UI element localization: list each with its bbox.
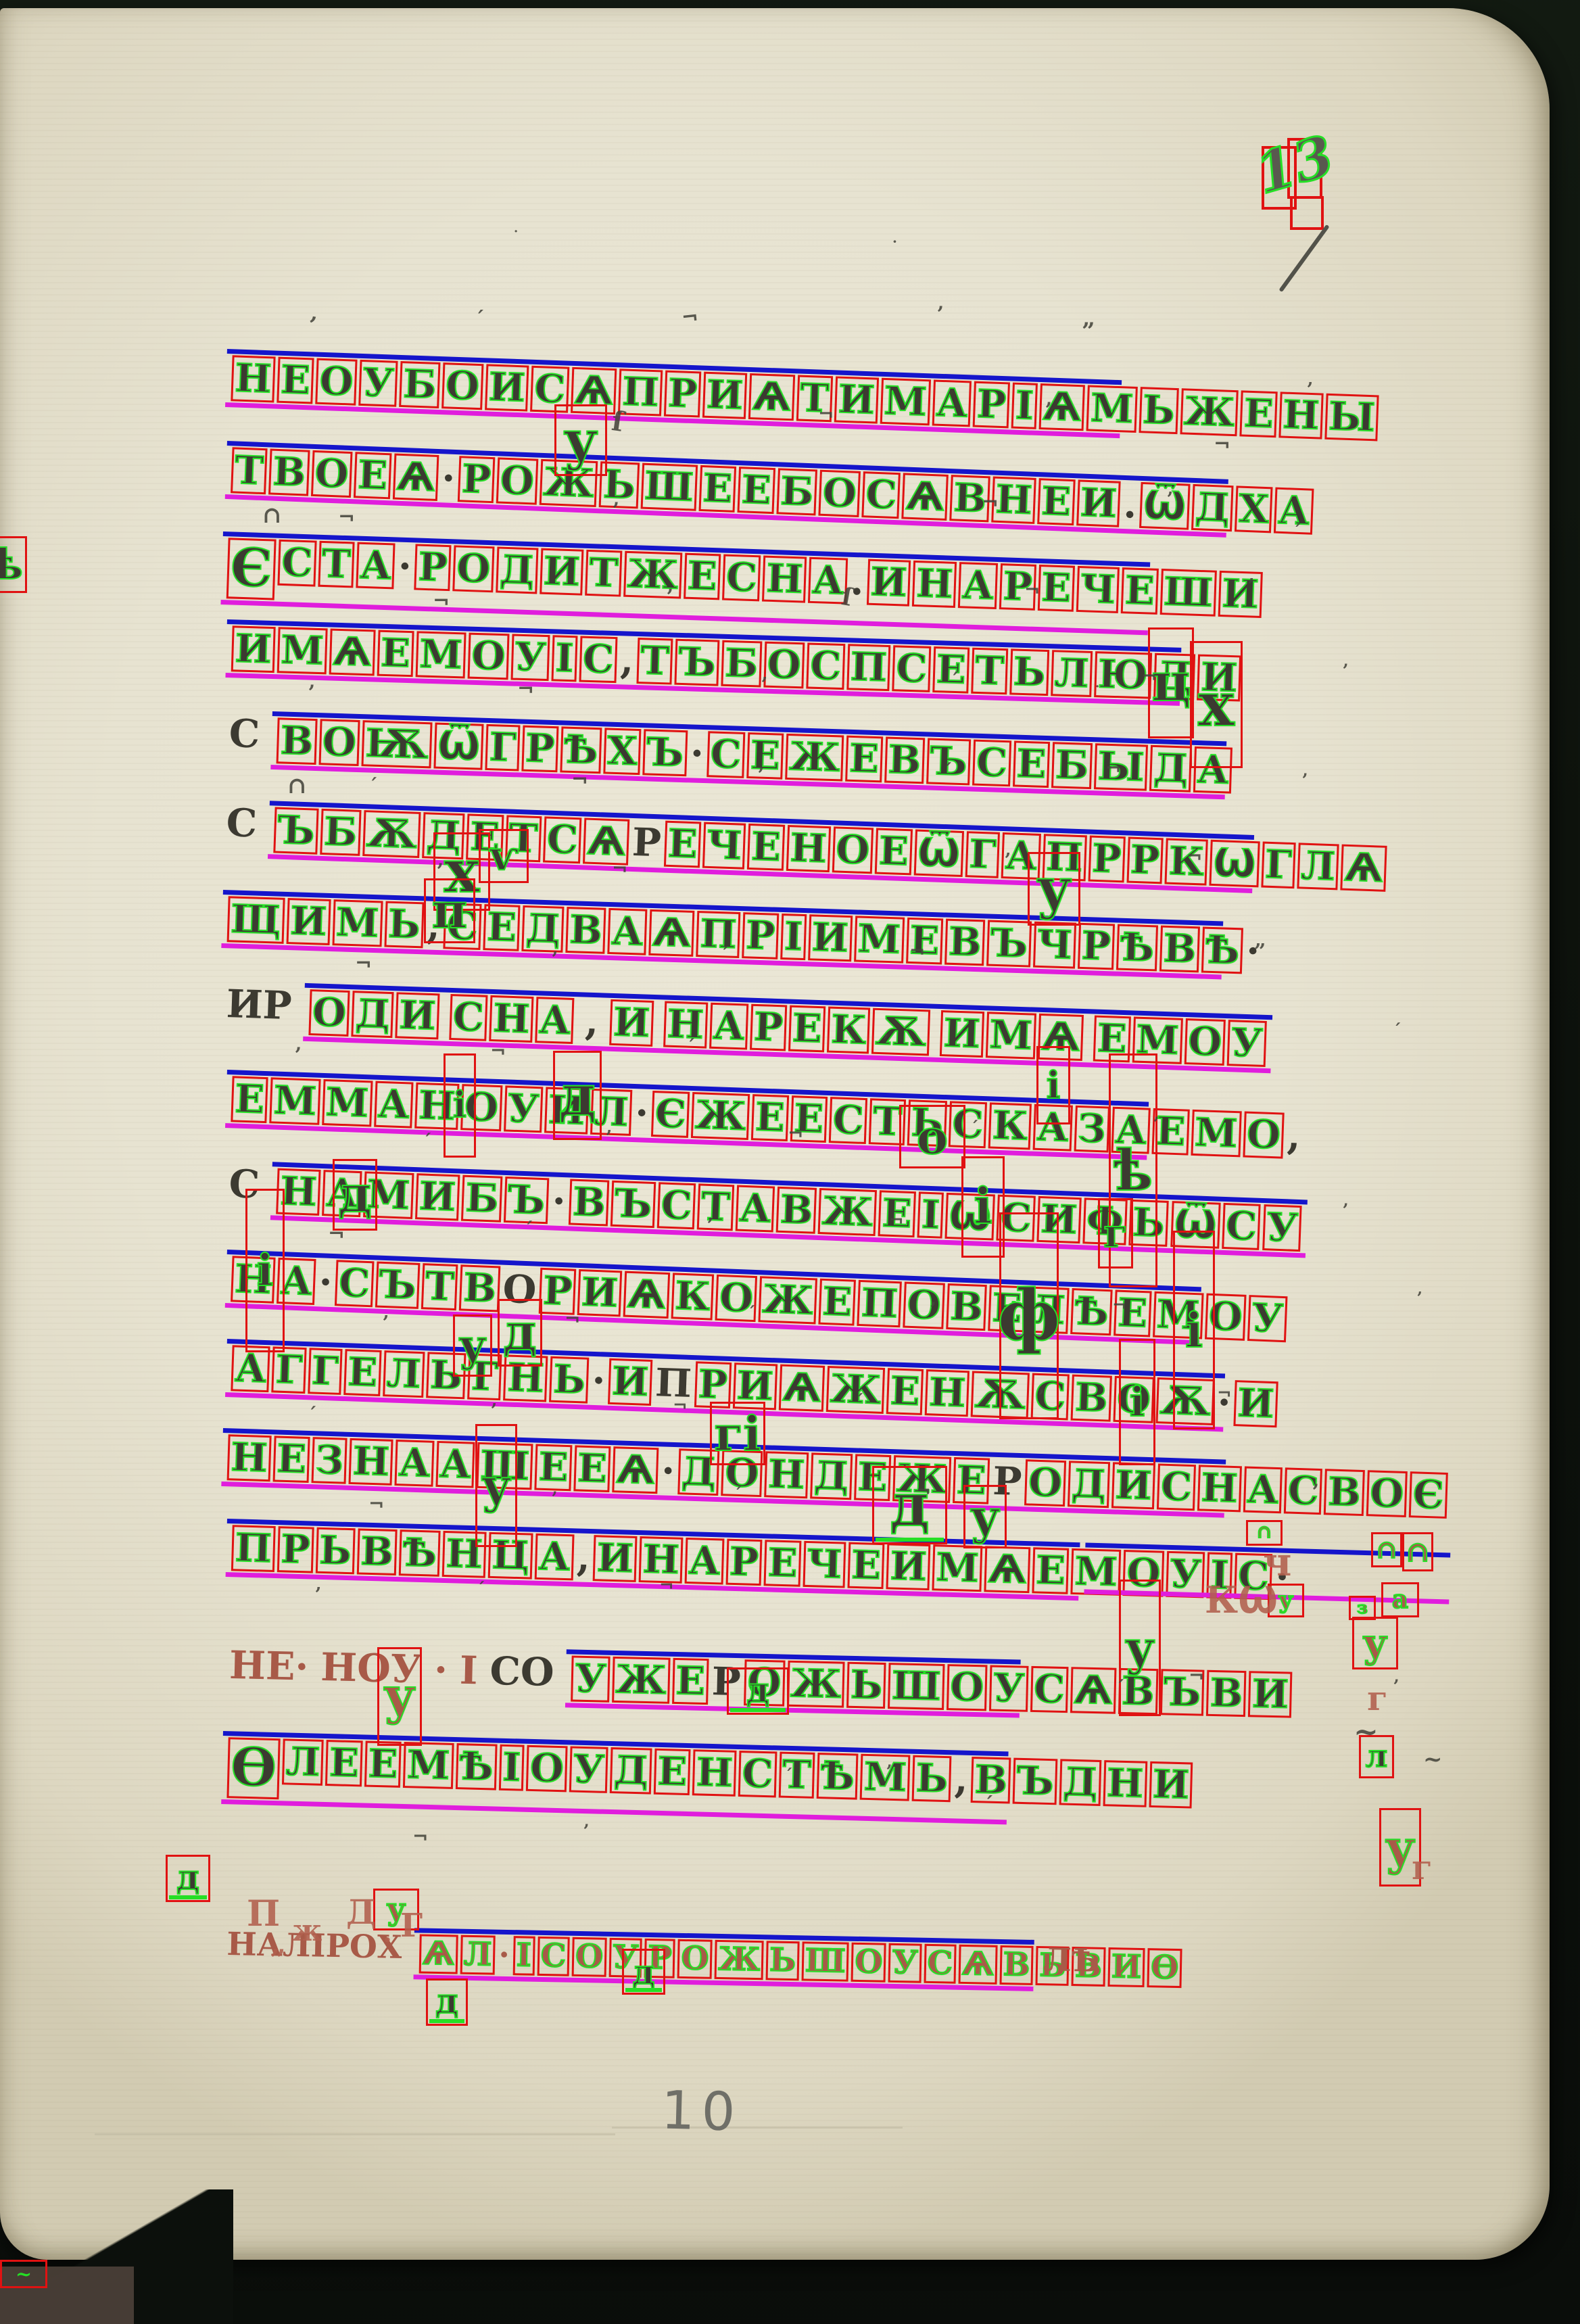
char-box[interactable]: Е <box>746 732 784 780</box>
char-box[interactable]: М <box>332 899 383 947</box>
char-box[interactable]: А <box>958 562 998 609</box>
char-box[interactable]: В <box>999 1945 1034 1985</box>
char-box[interactable]: О <box>677 1939 713 1979</box>
char-box[interactable]: И <box>485 364 529 412</box>
char-box[interactable]: Ъ <box>642 729 688 776</box>
char-box[interactable]: Е <box>483 904 521 951</box>
char-box[interactable]: М <box>322 1079 373 1127</box>
char-box[interactable]: Ѧ <box>648 909 695 957</box>
char-box[interactable]: У <box>571 1655 611 1703</box>
char-box[interactable]: Е <box>672 1658 709 1705</box>
char-box[interactable]: С <box>1030 1666 1069 1713</box>
char-box[interactable]: С <box>449 994 488 1041</box>
char-box[interactable]: Ѧ <box>748 373 795 421</box>
char-box[interactable]: Е <box>354 452 391 499</box>
char-box[interactable]: Ж <box>818 1188 877 1236</box>
char-box[interactable]: І <box>552 635 578 682</box>
char-box[interactable]: Ѧ <box>984 1546 1030 1593</box>
char-box[interactable]: Е <box>738 467 775 514</box>
float-char-box[interactable]: д <box>333 1159 377 1231</box>
char-box[interactable]: В <box>268 448 310 496</box>
char-box[interactable]: Ѧ <box>419 1934 458 1974</box>
char-box[interactable]: У <box>510 634 550 682</box>
char-box[interactable]: Е <box>818 1279 856 1326</box>
char-box[interactable]: Ѫ <box>362 810 421 858</box>
char-box[interactable]: Е <box>277 357 314 404</box>
char-box[interactable]: О <box>311 450 353 498</box>
char-box[interactable]: Д <box>810 1452 853 1500</box>
float-char-box[interactable]: і <box>1173 1231 1215 1429</box>
char-box[interactable]: А <box>356 542 396 590</box>
line-polygon[interactable]: УЖЕРОЖЬШОУСѦВЪВИ <box>565 1649 1021 1718</box>
char-box[interactable]: В <box>946 1283 987 1331</box>
char-box[interactable]: И <box>577 1269 622 1317</box>
char-box[interactable]: В <box>776 1187 817 1234</box>
char-box[interactable]: У <box>989 1665 1028 1713</box>
char-box[interactable]: Г <box>485 724 520 772</box>
char-box[interactable]: Ѧ <box>623 1271 670 1319</box>
char-box[interactable]: М <box>416 631 466 679</box>
char-box[interactable]: Е <box>684 553 721 600</box>
char-box[interactable]: О <box>496 457 538 505</box>
char-box[interactable]: О <box>763 642 805 689</box>
float-char-box[interactable]: і <box>961 1156 1005 1258</box>
char-box[interactable]: Ы <box>1324 394 1379 442</box>
char-box[interactable]: И <box>940 1010 984 1058</box>
char-box[interactable]: Ѫ <box>871 1008 930 1056</box>
char-box[interactable]: Ж <box>787 1661 845 1708</box>
char-box[interactable]: Д <box>1068 1461 1110 1508</box>
char-box[interactable]: Х <box>1235 485 1273 533</box>
float-char-box[interactable]: і <box>444 1053 476 1158</box>
float-char-box[interactable]: х <box>1190 641 1243 768</box>
float-char-box[interactable]: гі <box>710 1402 765 1465</box>
char-box[interactable]: Ѣ <box>817 1753 859 1800</box>
char-box[interactable]: Ѳ <box>226 1737 280 1799</box>
char-box[interactable]: П <box>231 1525 276 1572</box>
char-box[interactable]: О <box>1024 1459 1066 1507</box>
char-box[interactable]: Е <box>751 1094 789 1141</box>
char-box[interactable]: Ѧ <box>393 454 439 502</box>
char-box[interactable]: Н <box>925 1369 969 1417</box>
char-box[interactable]: И <box>1111 1462 1155 1509</box>
char-box[interactable]: Ш <box>888 1663 944 1710</box>
char-box[interactable]: Д <box>1149 745 1192 792</box>
char-box[interactable]: Р <box>664 371 701 418</box>
char-box[interactable]: Е <box>788 1005 826 1053</box>
char-box[interactable]: М <box>880 378 931 426</box>
char-box[interactable]: О <box>851 1943 886 1983</box>
char-box[interactable]: Ѧ <box>902 473 949 521</box>
char-box[interactable]: И <box>1248 1671 1292 1718</box>
float-char-box[interactable]: у <box>475 1424 517 1547</box>
char-box[interactable]: А <box>395 1440 435 1487</box>
char-box[interactable]: Ѧ <box>329 629 376 676</box>
char-box[interactable]: О <box>1366 1470 1408 1517</box>
char-box[interactable]: Е <box>747 824 785 871</box>
char-box[interactable]: С <box>335 1260 374 1307</box>
char-box[interactable]: Ж <box>785 734 844 782</box>
char-box[interactable]: У <box>1227 1020 1267 1067</box>
char-box[interactable]: М <box>277 627 328 675</box>
char-box[interactable]: Є <box>1409 1471 1447 1519</box>
char-box[interactable]: С <box>707 731 745 778</box>
char-box[interactable]: Р <box>1078 923 1115 970</box>
char-box[interactable]: И <box>231 625 276 673</box>
float-char-box[interactable]: у <box>1119 1580 1161 1716</box>
char-box[interactable]: С <box>861 471 901 519</box>
float-char-box[interactable]: д <box>553 1051 602 1140</box>
char-box[interactable]: О <box>452 545 494 592</box>
char-box[interactable]: Ь <box>1139 387 1178 434</box>
char-box[interactable]: Т <box>971 648 1007 695</box>
char-box[interactable]: Ч <box>803 1541 846 1588</box>
char-box[interactable]: І <box>917 1191 944 1239</box>
char-box[interactable]: С <box>829 1097 868 1144</box>
char-box[interactable]: С <box>892 645 931 692</box>
char-box[interactable]: Ж <box>612 1657 670 1704</box>
char-box[interactable]: Ш <box>801 1941 849 1981</box>
char-box[interactable]: А <box>735 1185 775 1233</box>
float-char-box[interactable]: д <box>166 1855 210 1902</box>
char-box[interactable]: Ѿ <box>913 830 964 878</box>
char-box[interactable]: С <box>579 636 617 684</box>
char-box[interactable]: Щ <box>227 896 285 944</box>
char-box[interactable]: Ѧ <box>613 1446 659 1494</box>
char-box[interactable]: Г <box>1261 841 1296 888</box>
char-box[interactable]: Н <box>1103 1760 1147 1807</box>
char-box[interactable]: М <box>854 916 905 964</box>
char-box[interactable]: С <box>738 1751 777 1798</box>
float-char-box[interactable]: ѣ <box>0 536 27 593</box>
char-box[interactable]: И <box>808 914 853 962</box>
char-box[interactable]: Е <box>377 630 414 678</box>
char-box[interactable]: Ч <box>1033 922 1076 969</box>
char-box[interactable]: И <box>1076 479 1121 527</box>
char-box[interactable]: Р <box>521 726 558 773</box>
char-box[interactable]: Т <box>585 550 623 597</box>
char-box[interactable]: Ъ <box>986 920 1032 968</box>
char-box[interactable]: Г <box>308 1348 343 1395</box>
char-box[interactable]: Ѧ <box>778 1365 825 1413</box>
char-box[interactable]: Ъ <box>274 807 319 855</box>
char-box[interactable]: Е <box>325 1740 362 1787</box>
char-box[interactable]: В <box>565 907 606 954</box>
char-box[interactable]: А <box>535 997 575 1044</box>
char-box[interactable]: Е <box>272 1436 310 1483</box>
char-box[interactable]: Е <box>1032 1547 1069 1594</box>
char-box[interactable]: А <box>608 908 648 955</box>
float-char-box[interactable]: і <box>1119 1339 1155 1465</box>
char-box[interactable]: Т <box>421 1263 458 1310</box>
char-box[interactable]: У <box>569 1746 608 1793</box>
char-box[interactable]: Ѡ <box>1210 840 1260 888</box>
char-box[interactable]: У <box>888 1943 921 1983</box>
char-box[interactable]: П <box>857 1280 902 1328</box>
char-box[interactable]: Р <box>742 912 779 959</box>
char-box[interactable]: Е <box>845 736 883 783</box>
char-box[interactable]: С <box>722 554 761 602</box>
char-box[interactable]: М <box>932 1544 983 1592</box>
char-box[interactable]: К <box>671 1273 714 1321</box>
char-box[interactable]: О <box>441 362 483 410</box>
char-box[interactable]: И <box>1107 1947 1145 1987</box>
char-box[interactable]: Ъ <box>1013 1758 1057 1805</box>
char-box[interactable]: Д <box>522 905 565 953</box>
float-char-box[interactable]: і <box>245 1189 285 1352</box>
char-box[interactable]: О <box>1243 1112 1285 1159</box>
char-box[interactable]: Б <box>776 468 817 516</box>
char-box[interactable]: В <box>277 717 317 765</box>
char-box[interactable]: О <box>572 1937 607 1977</box>
float-char-box[interactable]: д <box>727 1667 789 1715</box>
char-box[interactable]: Н <box>1278 392 1323 440</box>
char-box[interactable]: И <box>609 999 654 1047</box>
char-box[interactable]: С <box>972 740 1011 787</box>
char-box[interactable]: Ь <box>384 901 424 949</box>
char-box[interactable]: Б <box>399 361 440 408</box>
char-box[interactable]: А <box>1243 1466 1283 1513</box>
float-char-box[interactable]: д <box>426 1978 468 2026</box>
char-box[interactable]: М <box>985 1012 1036 1060</box>
char-box[interactable]: І <box>512 1936 535 1975</box>
char-box[interactable]: И <box>415 1173 460 1221</box>
char-box[interactable]: Е <box>654 1749 691 1796</box>
char-box[interactable]: С <box>537 1937 570 1976</box>
char-box[interactable]: В <box>944 919 985 966</box>
char-box[interactable]: І <box>780 914 807 961</box>
char-box[interactable]: Н <box>764 1451 809 1498</box>
char-box[interactable]: Ъ <box>675 639 720 686</box>
char-box[interactable]: М <box>403 1742 454 1789</box>
char-box[interactable]: Д <box>1191 484 1234 532</box>
char-box[interactable]: Н <box>663 1001 708 1048</box>
char-box[interactable]: Ж <box>759 1276 817 1325</box>
char-box[interactable]: Н <box>786 825 831 873</box>
char-box[interactable]: С <box>924 1944 957 1984</box>
char-box[interactable]: Е <box>886 1368 924 1415</box>
float-char-box[interactable]: п <box>424 878 475 943</box>
char-box[interactable]: Н <box>692 1749 737 1797</box>
char-box[interactable]: Ч <box>1076 566 1120 613</box>
char-box[interactable]: Є <box>651 1091 690 1138</box>
char-box[interactable]: Ж <box>623 551 682 599</box>
char-box[interactable]: Ѣ <box>1116 924 1158 972</box>
char-box[interactable]: Н <box>912 561 957 608</box>
char-box[interactable]: Р <box>414 544 452 591</box>
char-box[interactable]: О <box>526 1745 567 1793</box>
char-box[interactable]: Д <box>496 546 538 594</box>
char-box[interactable]: В <box>357 1528 398 1575</box>
char-box[interactable]: А <box>709 1003 749 1050</box>
char-box[interactable]: П <box>696 911 741 958</box>
char-box[interactable]: О <box>832 826 873 874</box>
char-box[interactable]: Е <box>764 1540 801 1587</box>
char-box[interactable]: З <box>312 1437 348 1484</box>
char-box[interactable]: Н <box>762 556 807 603</box>
char-box[interactable]: Т <box>697 1183 734 1231</box>
char-box[interactable]: Е <box>847 1542 884 1590</box>
char-box[interactable]: Б <box>320 809 361 856</box>
char-box[interactable]: С <box>1157 1463 1195 1511</box>
char-box[interactable]: Ѧ <box>959 1945 998 1985</box>
char-box[interactable]: В <box>1071 1375 1112 1422</box>
char-box[interactable]: В <box>884 736 925 784</box>
char-box[interactable]: Е <box>1037 478 1075 525</box>
char-box[interactable]: Н <box>1197 1465 1242 1512</box>
char-box[interactable]: Ъ <box>611 1181 656 1229</box>
char-box[interactable]: Т <box>231 447 268 494</box>
char-box[interactable]: Б <box>461 1175 502 1223</box>
char-box[interactable]: Ѿ <box>1139 482 1190 530</box>
char-box[interactable]: В <box>1206 1670 1247 1717</box>
char-box[interactable]: Ѣ <box>399 1529 441 1577</box>
char-box[interactable]: Б <box>721 640 762 688</box>
char-box[interactable]: Є <box>226 538 277 600</box>
float-char-box[interactable]: ∩ <box>1402 1532 1433 1571</box>
char-box[interactable]: Е <box>343 1349 381 1396</box>
char-box[interactable]: Г <box>272 1346 307 1394</box>
float-char-box[interactable]: у <box>1028 852 1080 926</box>
char-box[interactable]: Н <box>227 1434 272 1481</box>
char-box[interactable]: Е <box>698 465 736 513</box>
char-box[interactable]: И <box>886 1543 931 1590</box>
char-box[interactable]: С <box>657 1182 696 1229</box>
char-box[interactable]: В <box>569 1179 610 1226</box>
char-box[interactable]: У <box>1262 1204 1302 1252</box>
char-box[interactable]: Ъ <box>504 1177 549 1225</box>
char-box[interactable]: И <box>608 1358 652 1406</box>
char-box[interactable]: О <box>819 470 861 518</box>
char-box[interactable]: Р <box>277 1526 314 1573</box>
char-box[interactable]: Е <box>1037 565 1075 612</box>
char-box[interactable]: Д <box>352 991 394 1038</box>
char-box[interactable]: Г <box>965 831 1001 878</box>
char-box[interactable]: З <box>1074 1106 1109 1153</box>
char-box[interactable]: Л <box>460 1935 496 1975</box>
char-box[interactable]: М <box>270 1077 320 1125</box>
char-box[interactable]: Р <box>725 1539 763 1586</box>
char-box[interactable]: И <box>1218 571 1263 618</box>
char-box[interactable]: Р <box>1088 836 1125 883</box>
float-char-box[interactable]: ~ <box>0 2260 47 2288</box>
char-box[interactable]: К <box>988 1102 1032 1150</box>
char-box[interactable]: Л <box>1297 843 1339 890</box>
char-box[interactable]: О <box>468 633 510 680</box>
float-char-box[interactable]: д <box>872 1466 947 1544</box>
char-box[interactable]: Ь <box>1009 648 1049 696</box>
char-box[interactable]: Ж <box>691 1092 750 1140</box>
float-char-box[interactable]: у <box>377 1647 422 1746</box>
float-char-box[interactable]: у <box>554 404 607 476</box>
char-box[interactable]: Л <box>1051 650 1093 697</box>
float-char-box[interactable]: ∩ <box>1371 1532 1402 1567</box>
char-box[interactable]: Н <box>231 355 275 403</box>
char-box[interactable]: Б <box>1051 742 1093 789</box>
char-box[interactable]: І <box>1011 383 1038 430</box>
char-box[interactable]: Ч <box>702 822 746 870</box>
char-box[interactable]: Н <box>489 995 533 1043</box>
char-box[interactable]: С <box>1222 1203 1261 1250</box>
char-box[interactable]: И <box>593 1535 638 1582</box>
char-box[interactable]: И <box>540 548 584 596</box>
float-char-box[interactable]: а <box>1381 1582 1419 1617</box>
char-box[interactable]: Х <box>603 728 641 775</box>
char-box[interactable]: М <box>1086 385 1137 433</box>
char-box[interactable]: А <box>685 1538 724 1585</box>
float-char-box[interactable]: о <box>899 1105 965 1168</box>
char-box[interactable]: Ѧ <box>1070 1667 1116 1714</box>
char-box[interactable]: Ѣ <box>455 1743 497 1791</box>
char-box[interactable]: Ѣ <box>1070 1288 1113 1336</box>
char-box[interactable]: Е <box>1013 740 1051 788</box>
char-box[interactable]: Ь <box>766 1941 800 1981</box>
char-box[interactable]: Л <box>282 1738 324 1786</box>
char-box[interactable]: И <box>1233 1380 1278 1428</box>
char-box[interactable]: Ь <box>846 1662 886 1709</box>
float-char-box[interactable]: у <box>963 1485 1007 1548</box>
char-box[interactable]: Е <box>231 1076 268 1123</box>
char-box[interactable]: И <box>1149 1761 1193 1809</box>
char-box[interactable]: Н <box>349 1438 393 1486</box>
char-box[interactable]: Л <box>383 1350 425 1398</box>
char-box[interactable]: О <box>308 989 350 1037</box>
char-box[interactable]: В <box>459 1264 500 1312</box>
char-box[interactable]: Т <box>636 638 673 685</box>
char-box[interactable]: Ѧ <box>1341 845 1387 893</box>
char-box[interactable]: Ѣ <box>560 726 602 774</box>
char-box[interactable]: Р <box>1126 837 1164 884</box>
char-box[interactable]: И <box>867 559 911 607</box>
char-box[interactable]: О <box>316 358 358 406</box>
char-box[interactable]: Ѳ <box>1147 1948 1182 1988</box>
float-char-box[interactable]: і <box>1036 1046 1070 1124</box>
char-box[interactable]: Ѿ <box>434 723 484 771</box>
float-char-box[interactable]: г <box>1098 1198 1133 1268</box>
char-box[interactable]: І <box>499 1745 525 1791</box>
char-box[interactable]: И <box>834 376 879 424</box>
float-char-box[interactable]: д <box>498 1299 542 1367</box>
char-box[interactable]: А <box>374 1081 414 1129</box>
char-box[interactable]: Е <box>573 1445 611 1492</box>
char-box[interactable]: В <box>1324 1469 1364 1516</box>
char-box[interactable]: У <box>1247 1295 1287 1343</box>
char-box[interactable]: Р <box>973 381 1010 429</box>
char-box[interactable]: Ѣ <box>1201 927 1243 974</box>
char-box[interactable]: Е <box>364 1741 402 1788</box>
char-box[interactable]: Е <box>1121 567 1159 615</box>
char-box[interactable]: Ь <box>912 1755 952 1803</box>
char-box[interactable]: О <box>947 1664 988 1711</box>
char-box[interactable]: О <box>318 719 360 766</box>
char-box[interactable] <box>1290 196 1324 230</box>
char-box[interactable]: Д <box>610 1747 652 1795</box>
float-char-box[interactable]: д <box>622 1949 665 1995</box>
char-box[interactable]: О <box>903 1282 945 1330</box>
char-box[interactable]: Р <box>750 1004 787 1051</box>
char-box[interactable]: Ь <box>315 1527 355 1575</box>
char-box[interactable]: У <box>358 360 398 407</box>
char-box[interactable]: А <box>932 379 972 427</box>
char-box[interactable]: А <box>435 1441 475 1488</box>
char-box[interactable]: Е <box>535 1444 573 1492</box>
char-box[interactable]: Ш <box>640 463 698 512</box>
char-box[interactable]: Е <box>875 828 913 876</box>
char-box[interactable]: Ж <box>715 1940 764 1980</box>
char-box[interactable]: М <box>1191 1110 1241 1158</box>
char-box[interactable]: Д <box>1059 1759 1101 1806</box>
char-box[interactable]: К <box>827 1007 870 1054</box>
